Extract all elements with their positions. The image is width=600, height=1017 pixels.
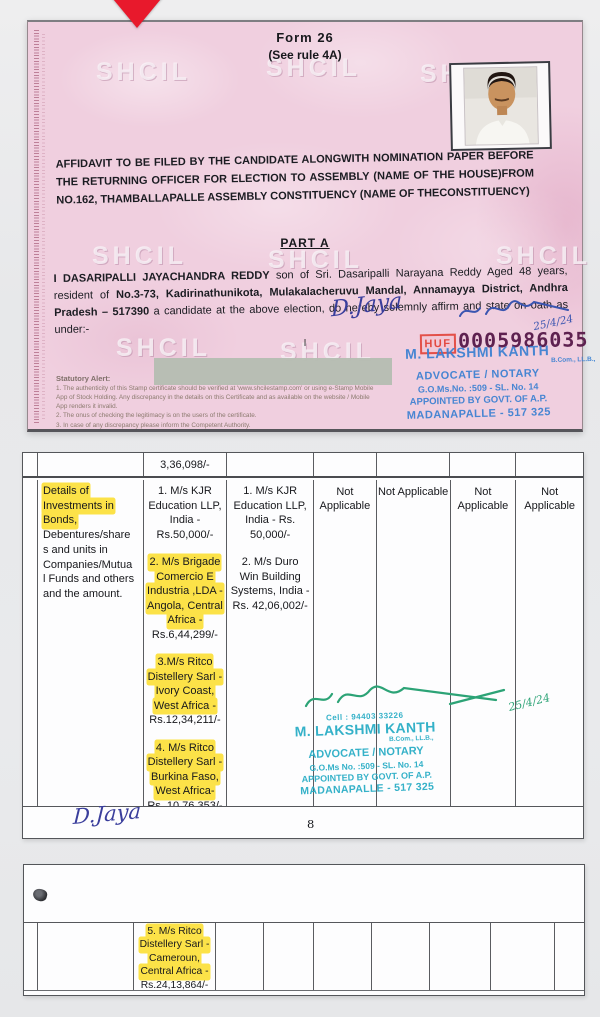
grid-line — [371, 923, 372, 990]
rule-reference: (See rule 4A) — [28, 48, 582, 62]
stamp-paper-certificate: SHCIL SHCIL SHCIL SHCIL SHCIL SHCIL SHCI… — [27, 20, 583, 432]
grid-line — [263, 923, 264, 990]
form-number-title: Form 26 — [28, 30, 582, 45]
grid-line — [37, 923, 38, 990]
continuation-row: 5. M/s RitcoDistellery Sarl -Cameroun,Ce… — [24, 922, 584, 991]
cell-label — [38, 453, 144, 476]
grid-line — [429, 923, 430, 990]
notary-stamp-teal: Cell : 94403 33226 M. LAKSHMI KANTH B.Co… — [279, 709, 454, 798]
statutory-alert-item: 2. The onus of checking the legitimacy i… — [56, 412, 378, 421]
cell-empty — [516, 453, 583, 476]
grid-line — [215, 923, 216, 990]
cell-empty — [227, 453, 314, 476]
cell-item5-investment: 5. M/s RitcoDistellery Sarl -Cameroun,Ce… — [134, 925, 215, 1005]
punch-hole-mark — [32, 887, 49, 902]
cell-carryover-amount: 3,36,098/- — [144, 453, 228, 476]
statutory-alert-item: 3. In case of any discrepancy please inf… — [56, 422, 378, 431]
continuation-table: 5. M/s RitcoDistellery Sarl -Cameroun,Ce… — [23, 864, 585, 996]
certificate-edge-microtext — [34, 28, 39, 423]
candidate-signature-footer: D.Jaya — [72, 799, 141, 829]
part-a-heading: PART A — [28, 234, 582, 252]
col-not-applicable-3: Not Applicable — [451, 480, 517, 806]
grid-line — [554, 923, 555, 990]
candidate-photo — [463, 66, 539, 146]
table-footer: D.Jaya 8 — [23, 808, 583, 839]
cell-empty — [450, 453, 516, 476]
col-row-label: Details ofInvestments inBonds,Debentures… — [38, 480, 144, 806]
page-number: 8 — [307, 817, 314, 831]
col-not-applicable-4: Not Applicable — [516, 480, 583, 806]
shcil-watermark: SHCIL — [96, 58, 191, 87]
statutory-alert: Statutory Alert: 1. The authenticity of … — [56, 374, 378, 432]
col-self-investments: 1. M/s KJREducation LLP,India -Rs.50,000… — [144, 480, 228, 806]
affidavit-heading: AFFIDAVIT TO BE FILED BY THE CANDIDATE A… — [56, 147, 535, 210]
col-serial — [23, 480, 38, 806]
grid-line — [490, 923, 491, 990]
notary-stamp-blue: M. LAKSHMI KANTH B.Com., LL.B., ADVOCATE… — [345, 341, 600, 424]
cell-sno — [23, 453, 38, 476]
cell-empty — [314, 453, 377, 476]
grid-line — [313, 923, 314, 990]
certificate-edge-microtext-2 — [42, 32, 45, 419]
carryover-row: 3,36,098/- — [23, 453, 583, 478]
scanned-affidavit-page: SHCIL SHCIL SHCIL SHCIL SHCIL SHCIL SHCI… — [0, 0, 600, 1017]
candidate-name: I DASARIPALLI JAYACHANDRA REDDY — [54, 270, 270, 285]
cell-empty — [377, 453, 451, 476]
candidate-photo-frame — [449, 61, 552, 151]
statutory-alert-item: 1. The authenticity of this Stamp certif… — [56, 385, 378, 411]
statutory-alert-title: Statutory Alert: — [56, 374, 378, 383]
red-arrow-marker — [99, 0, 175, 28]
